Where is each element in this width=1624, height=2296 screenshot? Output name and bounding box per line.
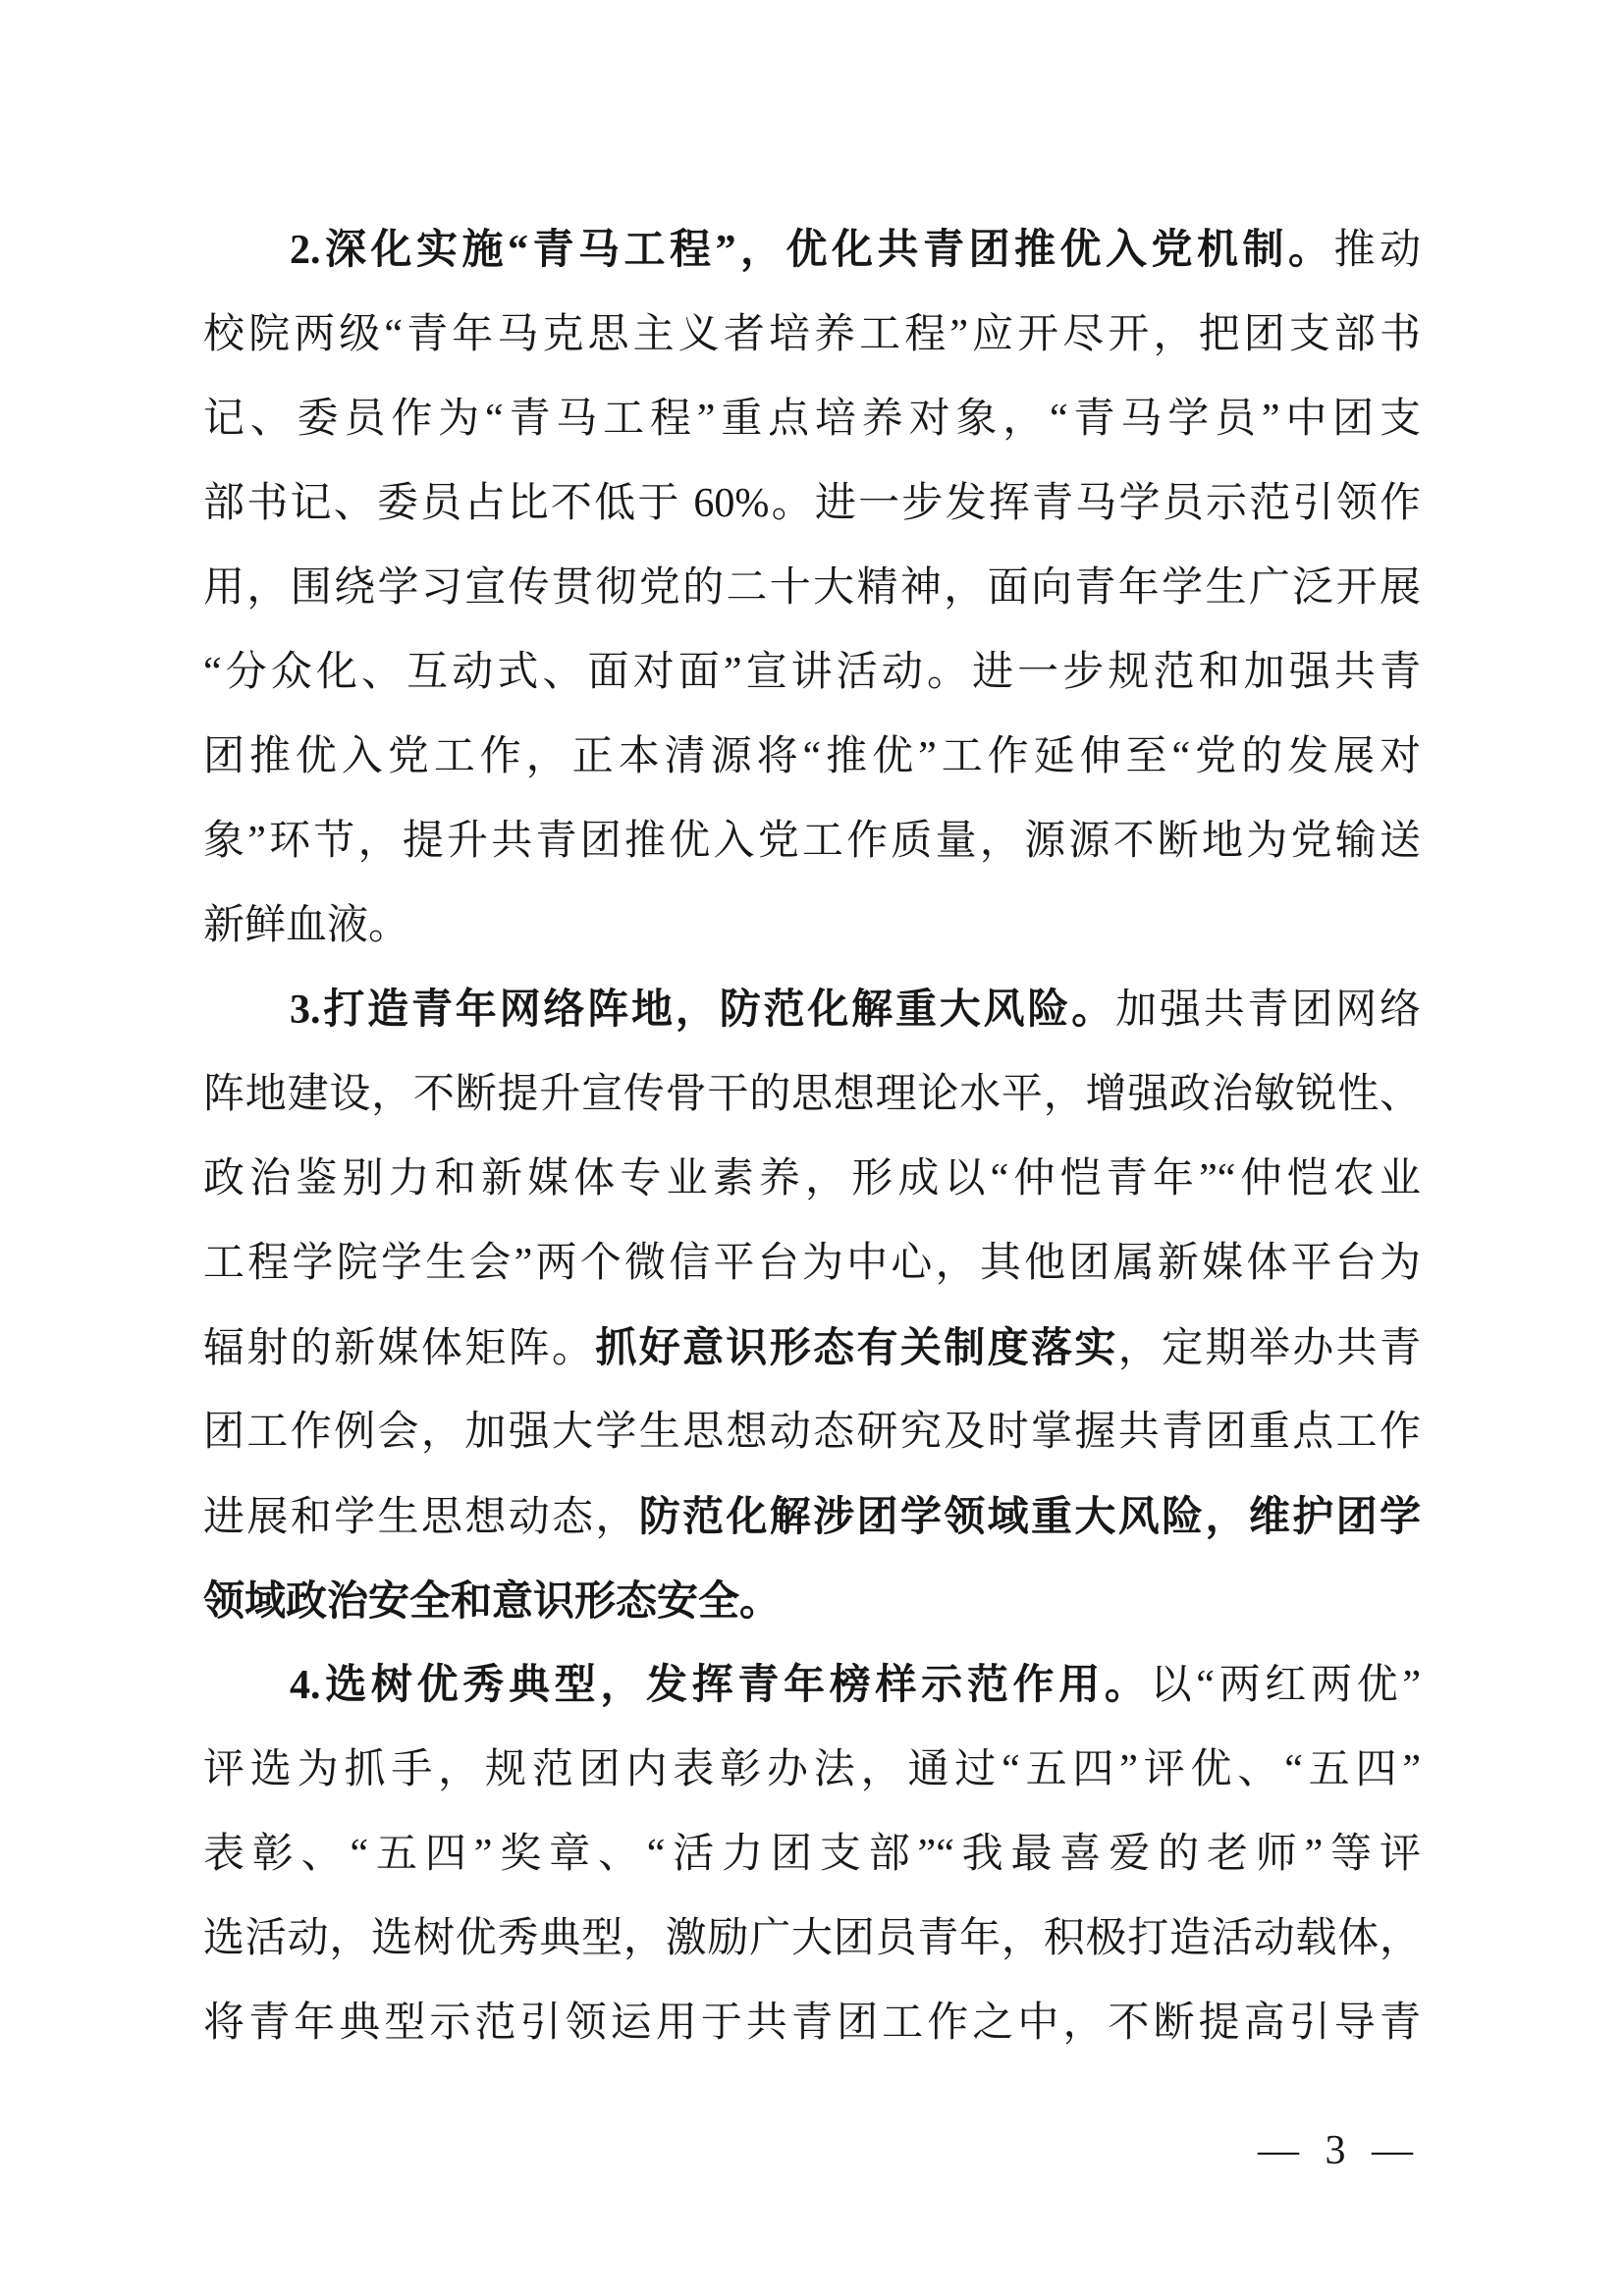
- text-run-normal: ，定期举办共青: [1118, 1326, 1421, 1371]
- text-line: 将青年典型示范引领运用于共青团工作之中，不断提高引导青: [203, 1981, 1421, 2065]
- text-run-normal: 记、委员作为“青马工程”重点培养对象，“青马学员”中团支: [203, 397, 1421, 442]
- text-line: 团推优入党工作，正本清源将“推优”工作延伸至“党的发展对: [203, 715, 1421, 799]
- text-line: 进展和学生思想动态，防范化解涉团学领域重大风险，维护团学: [203, 1474, 1421, 1559]
- text-line: 3.打造青年网络阵地，防范化解重大风险。加强共青团网络: [203, 968, 1421, 1052]
- text-line: 政治鉴别力和新媒体专业素养，形成以“仲恺青年”“仲恺农业: [203, 1137, 1421, 1221]
- text-line: 记、委员作为“青马工程”重点培养对象，“青马学员”中团支: [203, 377, 1421, 461]
- text-line: 工程学院学生会”两个微信平台为中心，其他团属新媒体平台为: [203, 1221, 1421, 1306]
- text-line: 选活动，选树优秀典型，激励广大团员青年，积极打造活动载体，: [203, 1896, 1421, 1981]
- page-number: — 3 —: [1258, 2120, 1421, 2181]
- text-run-normal: 新鲜血液。: [203, 903, 409, 948]
- text-line: 领域政治安全和意识形态安全。: [203, 1559, 1421, 1643]
- text-line: 部书记、委员占比不低于 60%。进一步发挥青马学员示范引领作: [203, 461, 1421, 546]
- text-run-normal: 表彰、“五四”奖章、“活力团支部”“我最喜爱的老师”等评: [203, 1832, 1421, 1877]
- text-line: 表彰、“五四”奖章、“活力团支部”“我最喜爱的老师”等评: [203, 1812, 1421, 1896]
- text-run-normal: 以“两红两优”: [1151, 1663, 1421, 1708]
- text-line: 评选为抓手，规范团内表彰办法，通过“五四”评优、“五四”: [203, 1728, 1421, 1812]
- text-line: 新鲜血液。: [203, 883, 1421, 968]
- text-run-normal: 进展和学生思想动态，: [203, 1495, 639, 1540]
- text-line: 2.深化实施“青马工程”，优化共青团推优入党机制。推动: [203, 208, 1421, 293]
- text-line: 4.选树优秀典型，发挥青年榜样示范作用。以“两红两优”: [203, 1643, 1421, 1728]
- text-run-normal: 阵地建设，不断提升宣传骨干的思想理论水平，增强政治敏锐性、: [203, 1072, 1421, 1117]
- text-run-normal: 政治鉴别力和新媒体专业素养，形成以“仲恺青年”“仲恺农业: [203, 1156, 1421, 1201]
- text-line: 象”环节，提升共青团推优入党工作质量，源源不断地为党输送: [203, 799, 1421, 883]
- document-body: 2.深化实施“青马工程”，优化共青团推优入党机制。推动校院两级“青年马克思主义者…: [203, 208, 1421, 2065]
- text-run-boldsans: 领域政治安全和意识形态安全。: [203, 1577, 781, 1624]
- text-run-normal: 选活动，选树优秀典型，激励广大团员青年，积极打造活动载体，: [203, 1916, 1421, 1961]
- text-run-normal: 辐射的新媒体矩阵。: [203, 1326, 595, 1371]
- text-line: 团工作例会，加强大学生思想动态研究及时掌握共青团重点工作: [203, 1390, 1421, 1474]
- text-line: 用，围绕学习宣传贯彻党的二十大精神，面向青年学生广泛开展: [203, 546, 1421, 630]
- text-run-normal: 部书记、委员占比不低于 60%。进一步发挥青马学员示范引领作: [203, 481, 1421, 526]
- text-run-normal: 工程学院学生会”两个微信平台为中心，其他团属新媒体平台为: [203, 1241, 1421, 1286]
- text-line: 阵地建设，不断提升宣传骨干的思想理论水平，增强政治敏锐性、: [203, 1052, 1421, 1137]
- text-run-boldsans: 防范化解涉团学领域重大风险，维护团学: [639, 1493, 1421, 1539]
- text-run-normal: 团推优入党工作，正本清源将“推优”工作延伸至“党的发展对: [203, 734, 1421, 779]
- text-line: 辐射的新媒体矩阵。抓好意识形态有关制度落实，定期举办共青: [203, 1306, 1421, 1390]
- text-run-normal: 用，围绕学习宣传贯彻党的二十大精神，面向青年学生广泛开展: [203, 565, 1421, 611]
- text-run-normal: 象”环节，提升共青团推优入党工作质量，源源不断地为党输送: [203, 819, 1421, 864]
- text-run-normal: 校院两级“青年马克思主义者培养工程”应开尽开，把团支部书: [203, 312, 1421, 357]
- text-run-boldsans: 抓好意识形态有关制度落实: [595, 1324, 1117, 1370]
- text-run-normal: “分众化、互动式、面对面”宣讲活动。进一步规范和加强共青: [203, 650, 1421, 695]
- text-run-normal: 评选为抓手，规范团内表彰办法，通过“五四”评优、“五四”: [203, 1747, 1421, 1792]
- text-run-normal: 将青年典型示范引领运用于共青团工作之中，不断提高引导青: [203, 2001, 1421, 2046]
- text-run-normal: 推动: [1333, 228, 1421, 273]
- text-line: 校院两级“青年马克思主义者培养工程”应开尽开，把团支部书: [203, 293, 1421, 377]
- text-run-bold: 2.深化实施“青马工程”，优化共青团推优入党机制。: [290, 228, 1333, 273]
- text-run-normal: 团工作例会，加强大学生思想动态研究及时掌握共青团重点工作: [203, 1410, 1421, 1455]
- text-run-bold: 4.选树优秀典型，发挥青年榜样示范作用。: [290, 1663, 1151, 1708]
- document-page: 2.深化实施“青马工程”，优化共青团推优入党机制。推动校院两级“青年马克思主义者…: [0, 0, 1624, 2296]
- text-run-bold: 3.打造青年网络阵地，防范化解重大风险。: [290, 988, 1115, 1033]
- text-run-normal: 加强共青团网络: [1115, 988, 1421, 1033]
- text-line: “分众化、互动式、面对面”宣讲活动。进一步规范和加强共青: [203, 630, 1421, 715]
